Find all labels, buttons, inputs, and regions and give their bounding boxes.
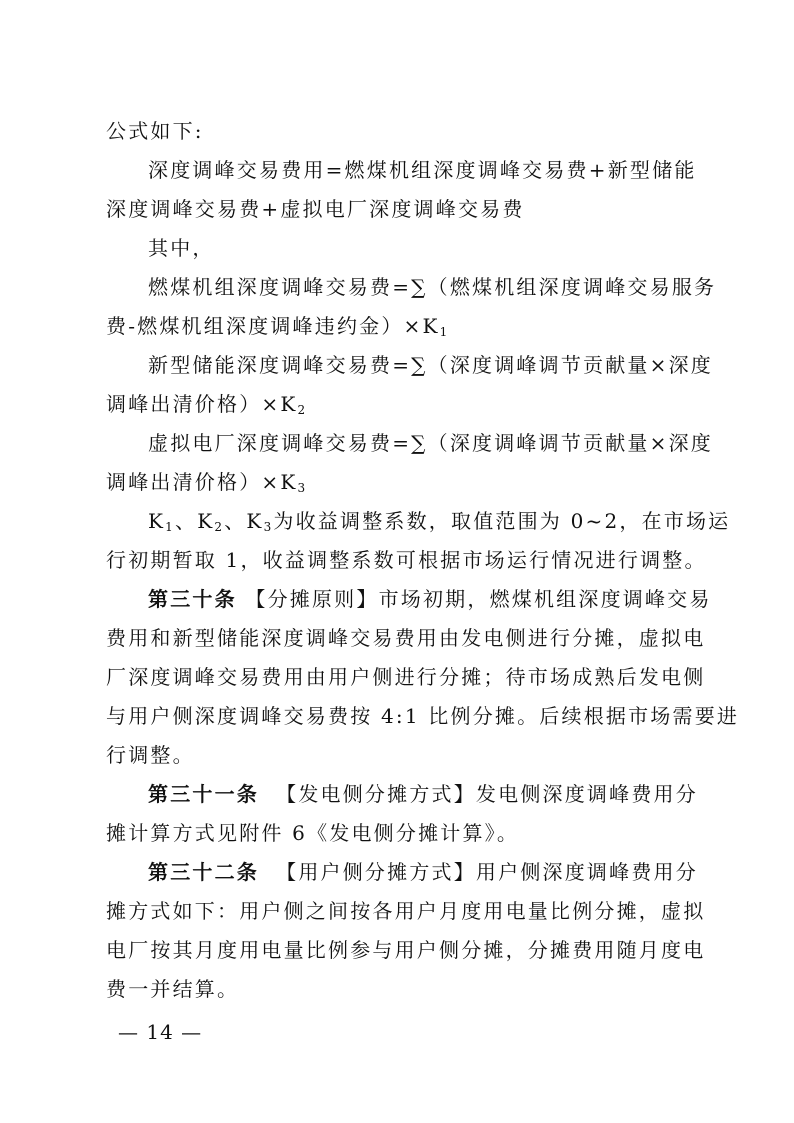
subscript: 3 <box>298 481 308 495</box>
article-32-title: 第三十二条 <box>148 860 259 884</box>
article-31-line-2: 摊计算方式见附件 6《发电侧分摊计算》。 <box>106 814 690 853</box>
where-label: 其中， <box>106 229 690 268</box>
article-32-line-2: 摊方式如下：用户侧之间按各用户月度用电量比例分摊，虚拟 <box>106 892 690 931</box>
coefficients-line-1: K1、K2、K3为收益调整系数，取值范围为 0~2，在市场运 <box>106 502 690 541</box>
total-fee-line-2: 深度调峰交易费+虚拟电厂深度调峰交易费 <box>106 190 690 229</box>
document-page: 公式如下: 深度调峰交易费用=燃煤机组深度调峰交易费+新型储能 深度调峰交易费+… <box>106 112 690 1009</box>
total-fee-line-1: 深度调峰交易费用=燃煤机组深度调峰交易费+新型储能 <box>106 151 690 190</box>
article-30-line-5: 行调整。 <box>106 736 690 775</box>
coal-fee-text: 费-燃煤机组深度调峰违约金）×K <box>106 314 440 338</box>
subscript: 2 <box>214 520 224 534</box>
article-31-line-1: 第三十一条 【发电侧分摊方式】发电侧深度调峰费用分 <box>106 775 690 814</box>
article-30-title: 第三十条 <box>148 587 237 611</box>
subscript: 2 <box>298 403 308 417</box>
coefficients-text: 为收益调整系数，取值范围为 0~2，在市场运 <box>273 509 730 533</box>
article-32-line-1: 第三十二条 【用户侧分摊方式】用户侧深度调峰费用分 <box>106 853 690 892</box>
coefficients-line-2: 行初期暂取 1，收益调整系数可根据市场运行情况进行调整。 <box>106 541 690 580</box>
storage-fee-text: 调峰出清价格）×K <box>106 392 298 416</box>
subscript: 3 <box>264 520 274 534</box>
separator: 、 <box>175 509 197 533</box>
k-symbol: K <box>246 509 263 533</box>
storage-fee-line-2: 调峰出清价格）×K2 <box>106 385 690 424</box>
vpp-fee-line-2: 调峰出清价格）×K3 <box>106 463 690 502</box>
coal-fee-line-1: 燃煤机组深度调峰交易费=∑（燃煤机组深度调峰交易服务 <box>106 268 690 307</box>
article-31-text: 【发电侧分摊方式】发电侧深度调峰费用分 <box>276 782 698 806</box>
k-symbol: K <box>148 509 165 533</box>
subscript: 1 <box>440 325 450 339</box>
article-30-line-2: 费用和新型储能深度调峰交易费用由发电侧进行分摊，虚拟电 <box>106 619 690 658</box>
article-30-line-3: 厂深度调峰交易费用由用户侧进行分摊；待市场成熟后发电侧 <box>106 658 690 697</box>
article-32-text: 【用户侧分摊方式】用户侧深度调峰费用分 <box>276 860 698 884</box>
vpp-fee-line-1: 虚拟电厂深度调峰交易费=∑（深度调峰调节贡献量×深度 <box>106 424 690 463</box>
separator: 、 <box>224 509 246 533</box>
article-32-line-4: 费一并结算。 <box>106 970 690 1009</box>
article-32-line-3: 电厂按其月度用电量比例参与用户侧分摊，分摊费用随月度电 <box>106 931 690 970</box>
formula-intro: 公式如下: <box>106 112 690 151</box>
k-symbol: K <box>197 509 214 533</box>
vpp-fee-text: 调峰出清价格）×K <box>106 470 298 494</box>
coal-fee-line-2: 费-燃煤机组深度调峰违约金）×K1 <box>106 307 690 346</box>
article-30-line-1: 第三十条 【分摊原则】市场初期，燃煤机组深度调峰交易 <box>106 580 690 619</box>
storage-fee-line-1: 新型储能深度调峰交易费=∑（深度调峰调节贡献量×深度 <box>106 346 690 385</box>
subscript: 1 <box>165 520 175 534</box>
page-number: — 14 — <box>118 1020 202 1044</box>
article-30-line-4: 与用户侧深度调峰交易费按 4:1 比例分摊。后续根据市场需要进 <box>106 697 690 736</box>
article-31-title: 第三十一条 <box>148 782 259 806</box>
article-30-text: 【分摊原则】市场初期，燃煤机组深度调峰交易 <box>245 587 711 611</box>
